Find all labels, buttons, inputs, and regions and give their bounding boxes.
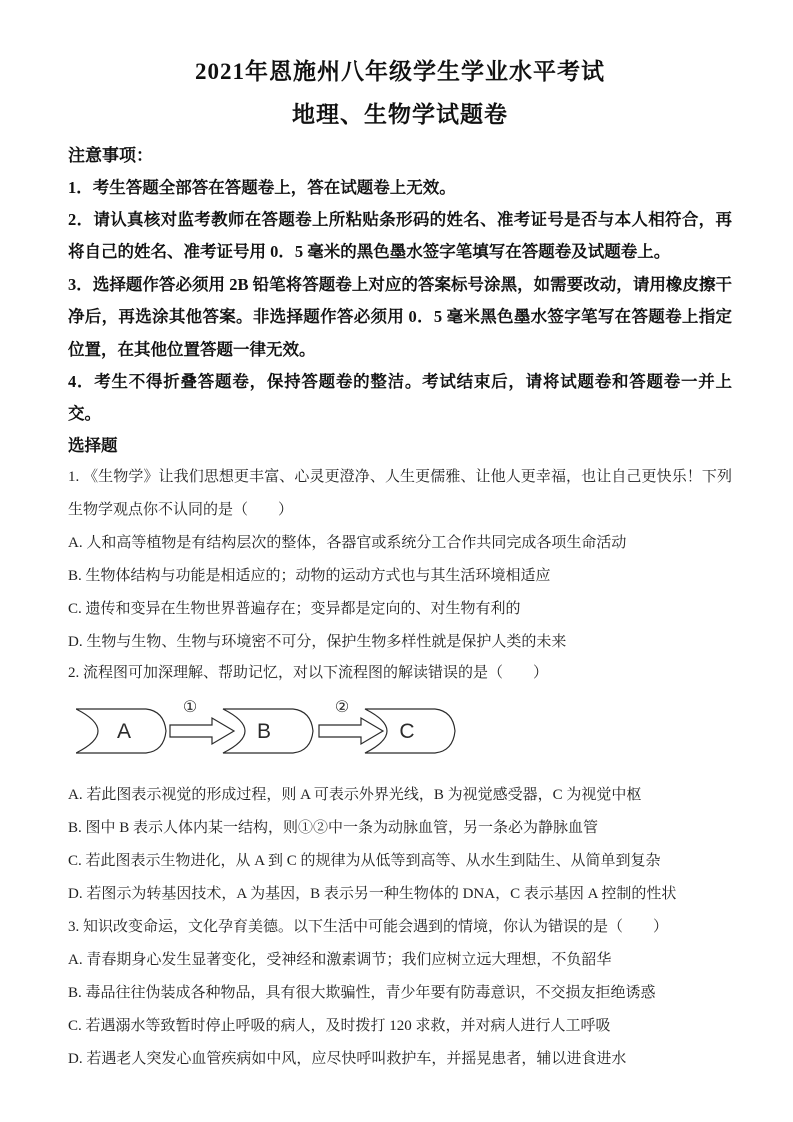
question-3-option-c: C. 若遇溺水等致暂时停止呼吸的病人，及时拨打 120 求救，并对病人进行人工呼… [68, 1010, 732, 1043]
exam-title: 2021年恩施州八年级学生学业水平考试 [68, 58, 732, 87]
question-3-option-a: A. 青春期身心发生显著变化，受神经和激素调节；我们应树立远大理想，不负韶华 [68, 944, 732, 977]
question-1: 1. 《生物学》让我们思想更丰富、心灵更澄净、人生更儒雅、让他人更幸福，也让自己… [68, 461, 732, 659]
question-3: 3. 知识改变命运，文化孕育美德。以下生活中可能会遇到的情境，你认为错误的是（ … [68, 911, 732, 1076]
question-2-stem: 2. 流程图可加深理解、帮助记忆，对以下流程图的解读错误的是（ ） [68, 659, 732, 688]
notice-heading: 注意事项： [68, 140, 732, 172]
notice-item-4: 4．考生不得折叠答题卷，保持答题卷的整洁。考试结束后，请将试题卷和答题卷一并上交… [68, 366, 732, 431]
question-3-stem: 3. 知识改变命运，文化孕育美德。以下生活中可能会遇到的情境，你认为错误的是（ … [68, 911, 732, 944]
block-arrow-1-icon: ① [170, 699, 234, 744]
question-1-option-a: A. 人和高等植物是有结构层次的整体，各器官或系统分工合作共同完成各项生命活动 [68, 527, 732, 560]
flow-node-a-label: A [117, 720, 131, 743]
exam-paper-page: 2021年恩施州八年级学生学业水平考试 地理、生物学试题卷 注意事项： 1．考生… [0, 0, 793, 1122]
notice-item-3: 3．选择题作答必须用 2B 铅笔将答题卷上对应的答案标号涂黑，如需要改动，请用橡… [68, 269, 732, 366]
question-3-option-b: B. 毒品往往伪装成各种物品，具有很大欺骗性，青少年要有防毒意识，不交损友拒绝诱… [68, 977, 732, 1010]
question-1-option-d: D. 生物与生物、生物与环境密不可分，保护生物多样性就是保护人类的未来 [68, 626, 732, 659]
flow-node-c-label: C [399, 720, 414, 743]
question-2-option-c: C. 若此图表示生物进化，从 A 到 C 的规律为从低等到高等、从水生到陆生、从… [68, 845, 732, 878]
block-arrow-2-icon: ② [319, 699, 383, 744]
flow-node-b: B [223, 709, 313, 753]
exam-subtitle: 地理、生物学试题卷 [68, 101, 732, 130]
flow-node-b-label: B [257, 720, 271, 743]
arrow-1-label: ① [183, 699, 197, 716]
question-1-stem: 1. 《生物学》让我们思想更丰富、心灵更澄净、人生更儒雅、让他人更幸福，也让自己… [68, 461, 732, 527]
question-2-option-b: B. 图中 B 表示人体内某一结构，则①②中一条为动脉血管，另一条必为静脉血管 [68, 812, 732, 845]
notice-item-2: 2．请认真核对监考教师在答题卷上所粘贴条形码的姓名、准考证号是否与本人相符合，再… [68, 204, 732, 269]
question-2: 2. 流程图可加深理解、帮助记忆，对以下流程图的解读错误的是（ ） A ① B [68, 659, 732, 911]
question-3-option-d: D. 若遇老人突发心血管疾病如中风，应尽快呼叫救护车，并摇晃患者，辅以进食进水 [68, 1043, 732, 1076]
flow-diagram: A ① B ② [76, 697, 732, 767]
question-2-option-d: D. 若图示为转基因技术，A 为基因，B 表示另一种生物体的 DNA，C 表示基… [68, 878, 732, 911]
section-heading: 选择题 [68, 431, 732, 461]
question-1-option-b: B. 生物体结构与功能是相适应的；动物的运动方式也与其生活环境相适应 [68, 560, 732, 593]
question-1-option-c: C. 遗传和变异在生物世界普遍存在；变异都是定向的、对生物有利的 [68, 593, 732, 626]
arrow-2-label: ② [335, 699, 349, 716]
flow-node-a: A [76, 709, 166, 753]
notice-item-1: 1．考生答题全部答在答题卷上，答在试题卷上无效。 [68, 172, 732, 204]
notice-section: 注意事项： 1．考生答题全部答在答题卷上，答在试题卷上无效。 2．请认真核对监考… [68, 140, 732, 431]
question-2-option-a: A. 若此图表示视觉的形成过程，则 A 可表示外界光线，B 为视觉感受器，C 为… [68, 779, 732, 812]
flow-diagram-svg: A ① B ② [76, 697, 466, 763]
